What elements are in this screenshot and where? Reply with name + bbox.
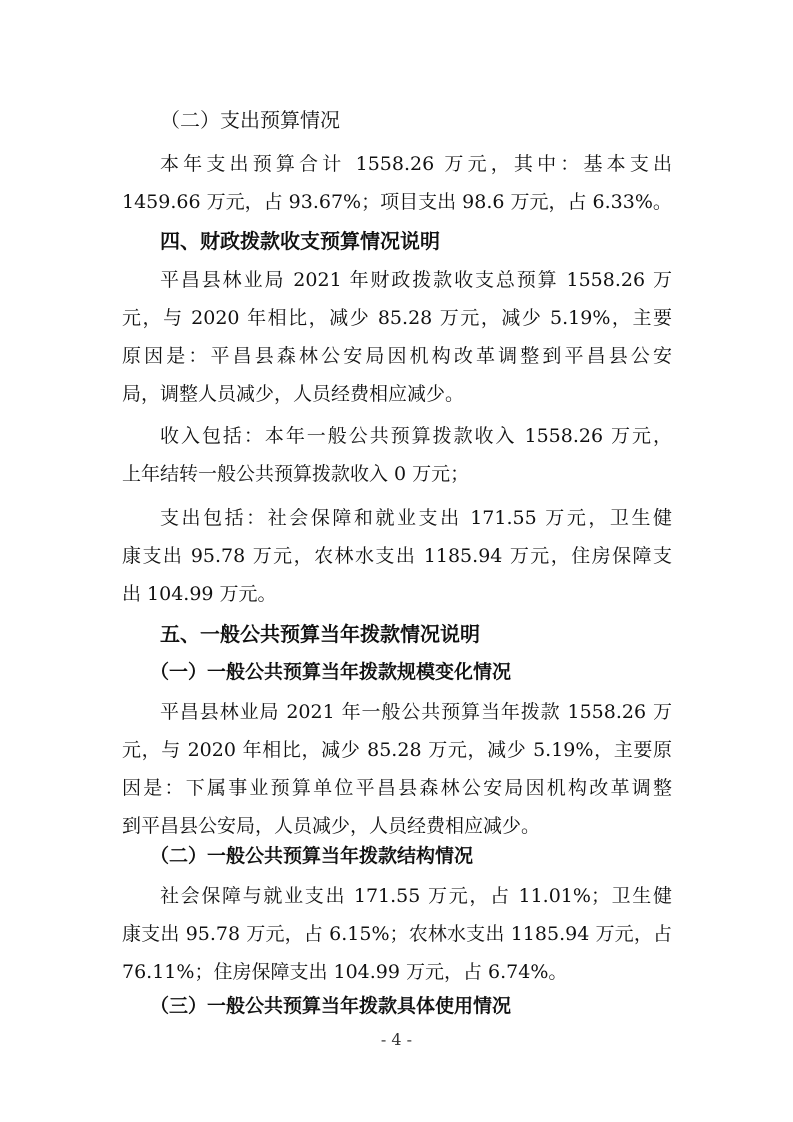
paragraph-line: 76.11%；住房保障支出 104.99 万元，占 6.74%。: [122, 960, 672, 984]
paragraph-line: 平昌县林业局 2021 年财政拨款收支总预算 1558.26 万: [160, 268, 672, 292]
paragraph-line: 收入包括：本年一般公共预算拨款收入 1558.26 万元，: [160, 424, 672, 448]
paragraph-line: 康支出 95.78 万元，农林水支出 1185.94 万元，住房保障支: [122, 544, 672, 568]
paragraph-line: 因是：下属事业预算单位平昌县森林公安局因机构改革调整: [122, 776, 672, 800]
paragraph-line: 原因是：平昌县森林公安局因机构改革调整到平昌县公安: [122, 344, 672, 368]
subsection-heading-structure: （二）一般公共预算当年拨款结构情况: [150, 844, 473, 868]
paragraph-line: 元，与 2020 年相比，减少 85.28 万元，减少 5.19%，主要原: [122, 738, 672, 762]
section-heading-fiscal-appropriation: 四、财政拨款收支预算情况说明: [160, 229, 440, 253]
paragraph-line: 本年支出预算合计 1558.26 万元，其中：基本支出: [160, 152, 672, 176]
document-page: （二）支出预算情况 本年支出预算合计 1558.26 万元，其中：基本支出 14…: [0, 0, 793, 1122]
paragraph-line: 元，与 2020 年相比，减少 85.28 万元，减少 5.19%，主要: [122, 306, 672, 330]
paragraph-line: 1459.66 万元，占 93.67%；项目支出 98.6 万元，占 6.33%…: [122, 190, 672, 214]
paragraph-line: 出 104.99 万元。: [122, 582, 672, 606]
section-heading-expenditure-budget: （二）支出预算情况: [160, 108, 340, 132]
paragraph-line: 支出包括：社会保障和就业支出 171.55 万元，卫生健: [160, 506, 672, 530]
section-heading-general-budget: 五、一般公共预算当年拨款情况说明: [160, 622, 480, 646]
paragraph-line: 局，调整人员减少，人员经费相应减少。: [122, 382, 672, 406]
paragraph-line: 到平昌县公安局，人员减少，人员经费相应减少。: [122, 814, 672, 838]
paragraph-line: 社会保障与就业支出 171.55 万元，占 11.01%；卫生健: [160, 884, 672, 908]
paragraph-line: 康支出 95.78 万元，占 6.15%；农林水支出 1185.94 万元，占: [122, 922, 672, 946]
subsection-heading-scale-change: （一）一般公共预算当年拨款规模变化情况: [150, 660, 511, 684]
paragraph-line: 平昌县林业局 2021 年一般公共预算当年拨款 1558.26 万: [160, 700, 672, 724]
paragraph-line: 上年结转一般公共预算拨款收入 0 万元；: [122, 462, 672, 486]
page-number: - 4 -: [0, 1030, 793, 1049]
subsection-heading-usage: （三）一般公共预算当年拨款具体使用情况: [150, 994, 511, 1018]
